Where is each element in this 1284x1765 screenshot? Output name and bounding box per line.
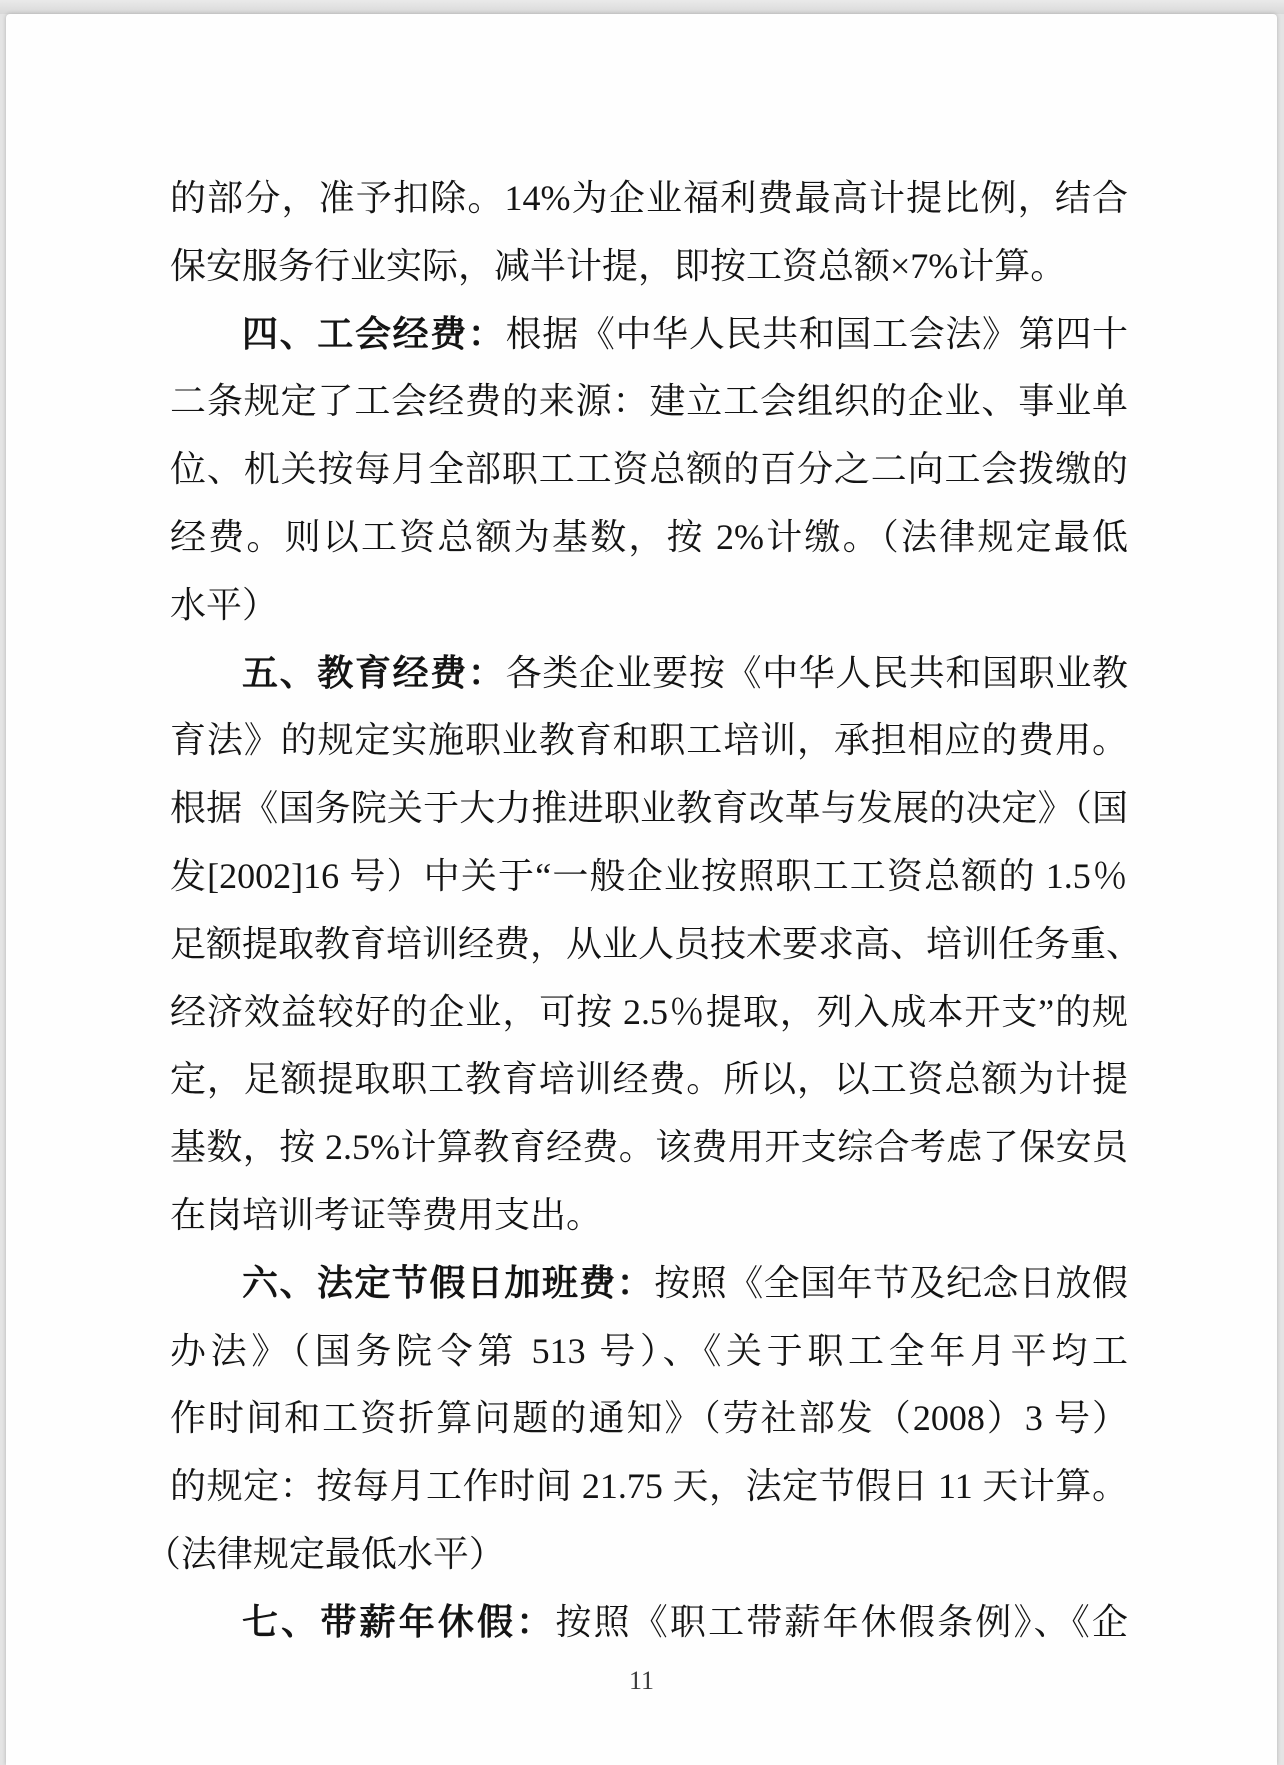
bold-run: 七、带薪年休假： xyxy=(242,1601,555,1642)
text-line: 作时间和工资折算问题的通知》（劳社部发（2008）3 号） xyxy=(170,1384,1128,1452)
text-line: 保安服务行业实际，减半计提，即按工资总额×7%计算。 xyxy=(170,232,1128,300)
text-line: 水平） xyxy=(170,571,1128,639)
text-run: 根据《国务院关于大力推进职业教育改革与发展的决定》（国 xyxy=(170,788,1128,828)
document-page: 的部分，准予扣除。14%为企业福利费最高计提比例，结合 保安服务行业实际，减半计… xyxy=(6,14,1277,1765)
section-heading-line: 五、教育经费：各类企业要按《中华人民共和国职业教 xyxy=(170,639,1128,707)
text-run: 位、机关按每月全部职工工资总额的百分之二向工会拨缴的 xyxy=(170,449,1128,489)
section-heading-line: 七、带薪年休假：按照《职工带薪年休假条例》、《企 xyxy=(170,1588,1128,1656)
text-line: 经费。则以工资总额为基数，按 2%计缴。（法律规定最低 xyxy=(170,503,1128,571)
text-run: 经费。则以工资总额为基数，按 2%计缴。（法律规定最低 xyxy=(170,517,1128,557)
text-run: 办法》（国务院令第 513 号）、《关于职工全年月平均工 xyxy=(170,1331,1128,1371)
text-run: 各类企业要按《中华人民共和国职业教 xyxy=(506,653,1128,693)
text-line: 经济效益较好的企业，可按 2.5％提取，列入成本开支”的规 xyxy=(170,978,1128,1046)
text-line: 的规定：按每月工作时间 21.75 天，法定节假日 11 天计算。 xyxy=(170,1452,1128,1520)
text-line: （法律规定最低水平） xyxy=(170,1520,1128,1588)
text-run: 作时间和工资折算问题的通知》（劳社部发（2008）3 号） xyxy=(170,1398,1128,1438)
text-run: 二条规定了工会经费的来源：建立工会组织的企业、事业单 xyxy=(170,381,1128,421)
text-line: 育法》的规定实施职业教育和职工培训，承担相应的费用。 xyxy=(170,706,1128,774)
text-run: 基数，按 2.5%计算教育经费。该费用开支综合考虑了保安员 xyxy=(170,1127,1128,1167)
scan-top-edge xyxy=(0,0,1284,14)
text-run: 经济效益较好的企业，可按 2.5％提取，列入成本开支”的规 xyxy=(170,992,1128,1032)
text-run: 水平） xyxy=(170,585,278,625)
text-run: 的部分，准予扣除。14%为企业福利费最高计提比例，结合 xyxy=(170,178,1128,218)
text-run: 按照《全国年节及纪念日放假 xyxy=(654,1263,1128,1303)
text-line: 二条规定了工会经费的来源：建立工会组织的企业、事业单 xyxy=(170,367,1128,435)
bold-run: 五、教育经费： xyxy=(242,652,506,693)
text-run: 育法》的规定实施职业教育和职工培训，承担相应的费用。 xyxy=(170,720,1128,760)
text-line: 办法》（国务院令第 513 号）、《关于职工全年月平均工 xyxy=(170,1317,1128,1385)
text-run: 发[2002]16 号）中关于“一般企业按照职工工资总额的 1.5％ xyxy=(170,856,1128,896)
bold-run: 六、法定节假日加班费： xyxy=(242,1262,654,1303)
text-line: 发[2002]16 号）中关于“一般企业按照职工工资总额的 1.5％ xyxy=(170,842,1128,910)
text-run: 保安服务行业实际，减半计提，即按工资总额×7%计算。 xyxy=(170,246,1066,286)
section-heading-line: 六、法定节假日加班费：按照《全国年节及纪念日放假 xyxy=(170,1249,1128,1317)
text-line: 根据《国务院关于大力推进职业教育改革与发展的决定》（国 xyxy=(170,774,1128,842)
text-run: 按照《职工带薪年休假条例》、《企 xyxy=(555,1602,1128,1642)
text-run: 在岗培训考证等费用支出。 xyxy=(170,1195,602,1235)
text-line: 定，足额提取职工教育培训经费。所以，以工资总额为计提 xyxy=(170,1045,1128,1113)
text-run: 定，足额提取职工教育培训经费。所以，以工资总额为计提 xyxy=(170,1059,1128,1099)
text-line: 的部分，准予扣除。14%为企业福利费最高计提比例，结合 xyxy=(170,164,1128,232)
text-line: 位、机关按每月全部职工工资总额的百分之二向工会拨缴的 xyxy=(170,435,1128,503)
text-line: 足额提取教育培训经费，从业人员技术要求高、培训任务重、 xyxy=(170,910,1128,978)
section-heading-line: 四、工会经费：根据《中华人民共和国工会法》第四十 xyxy=(170,300,1128,368)
bold-run: 四、工会经费： xyxy=(242,313,506,354)
text-line: 在岗培训考证等费用支出。 xyxy=(170,1181,1128,1249)
text-run: 足额提取教育培训经费，从业人员技术要求高、培训任务重、 xyxy=(170,924,1142,964)
text-run: （法律规定最低水平） xyxy=(145,1534,505,1574)
text-line: 基数，按 2.5%计算教育经费。该费用开支综合考虑了保安员 xyxy=(170,1113,1128,1181)
text-run: 的规定：按每月工作时间 21.75 天，法定节假日 11 天计算。 xyxy=(170,1466,1128,1506)
page-number: 11 xyxy=(6,1666,1277,1696)
document-body-text: 的部分，准予扣除。14%为企业福利费最高计提比例，结合 保安服务行业实际，减半计… xyxy=(170,164,1128,1656)
text-run: 根据《中华人民共和国工会法》第四十 xyxy=(506,314,1128,354)
